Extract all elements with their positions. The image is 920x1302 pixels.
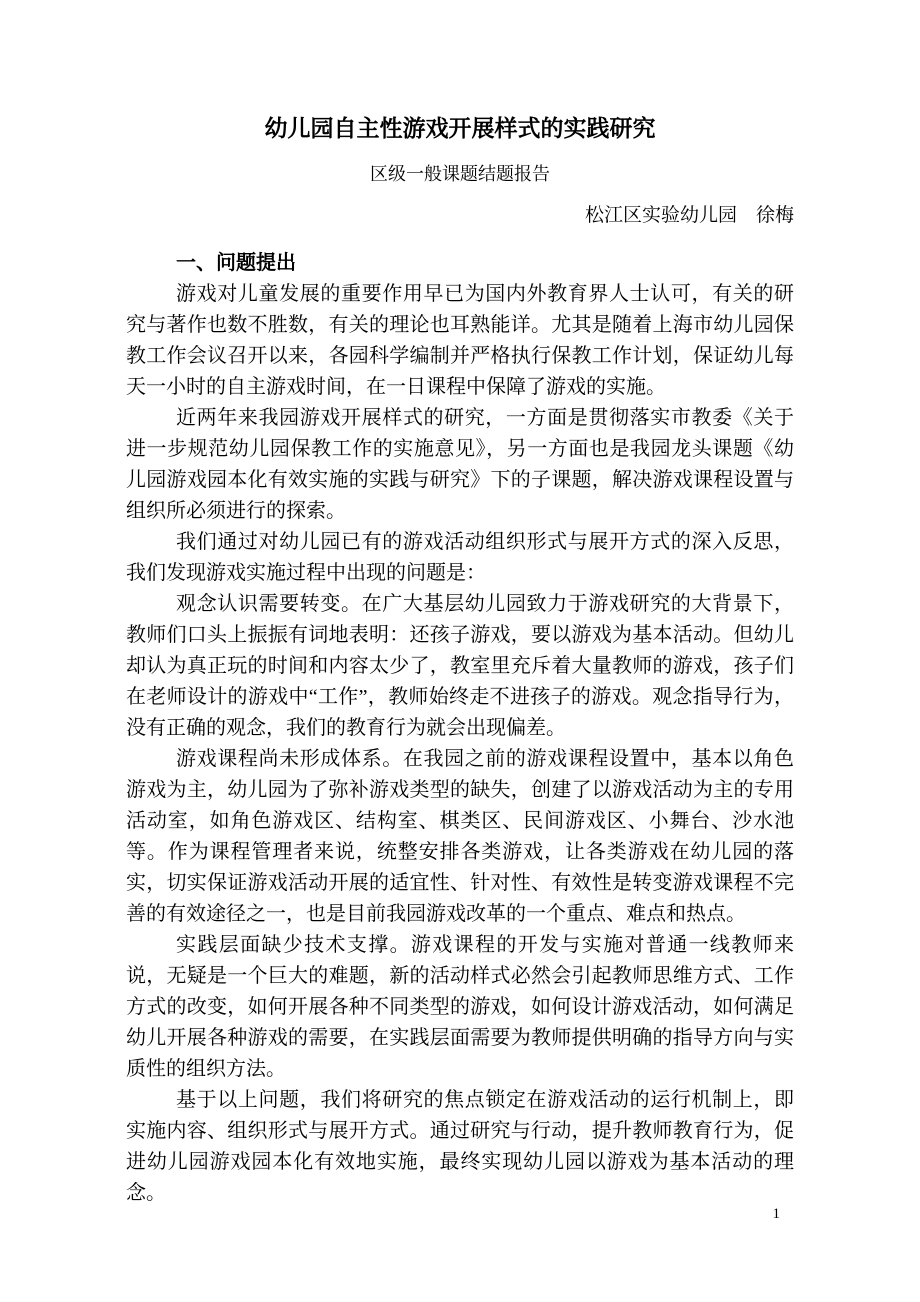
paragraph: 基于以上问题，我们将研究的焦点锁定在游戏活动的运行机制上，即实施内容、组织形式与…	[126, 1085, 794, 1209]
document-title: 幼儿园自主性游戏开展样式的实践研究	[126, 114, 794, 144]
document-subtitle: 区级一般课题结题报告	[126, 163, 794, 185]
author-line: 松江区实验幼儿园 徐梅	[126, 204, 794, 227]
paragraph: 近两年来我园游戏开展样式的研究，一方面是贯彻落实市教委《关于进一步规范幼儿园保教…	[126, 403, 794, 527]
page-number: 1	[773, 1204, 781, 1224]
document-page: 幼儿园自主性游戏开展样式的实践研究 区级一般课题结题报告 松江区实验幼儿园 徐梅…	[0, 0, 920, 1302]
body-text: 游戏对儿童发展的重要作用早已为国内外教育界人士认可，有关的研究与著作也数不胜数，…	[126, 279, 794, 1209]
paragraph: 实践层面缺少技术支撑。游戏课程的开发与实施对普通一线教师来说，无疑是一个巨大的难…	[126, 930, 794, 1085]
paragraph: 游戏课程尚未形成体系。在我园之前的游戏课程设置中，基本以角色游戏为主，幼儿园为了…	[126, 744, 794, 930]
paragraph: 我们通过对幼儿园已有的游戏活动组织形式与展开方式的深入反思，我们发现游戏实施过程…	[126, 527, 794, 589]
section-heading: 一、问题提出	[126, 248, 794, 279]
page-content: 幼儿园自主性游戏开展样式的实践研究 区级一般课题结题报告 松江区实验幼儿园 徐梅…	[126, 0, 794, 1209]
paragraph: 观念认识需要转变。在广大基层幼儿园致力于游戏研究的大背景下，教师们口头上振振有词…	[126, 589, 794, 744]
paragraph: 游戏对儿童发展的重要作用早已为国内外教育界人士认可，有关的研究与著作也数不胜数，…	[126, 279, 794, 403]
